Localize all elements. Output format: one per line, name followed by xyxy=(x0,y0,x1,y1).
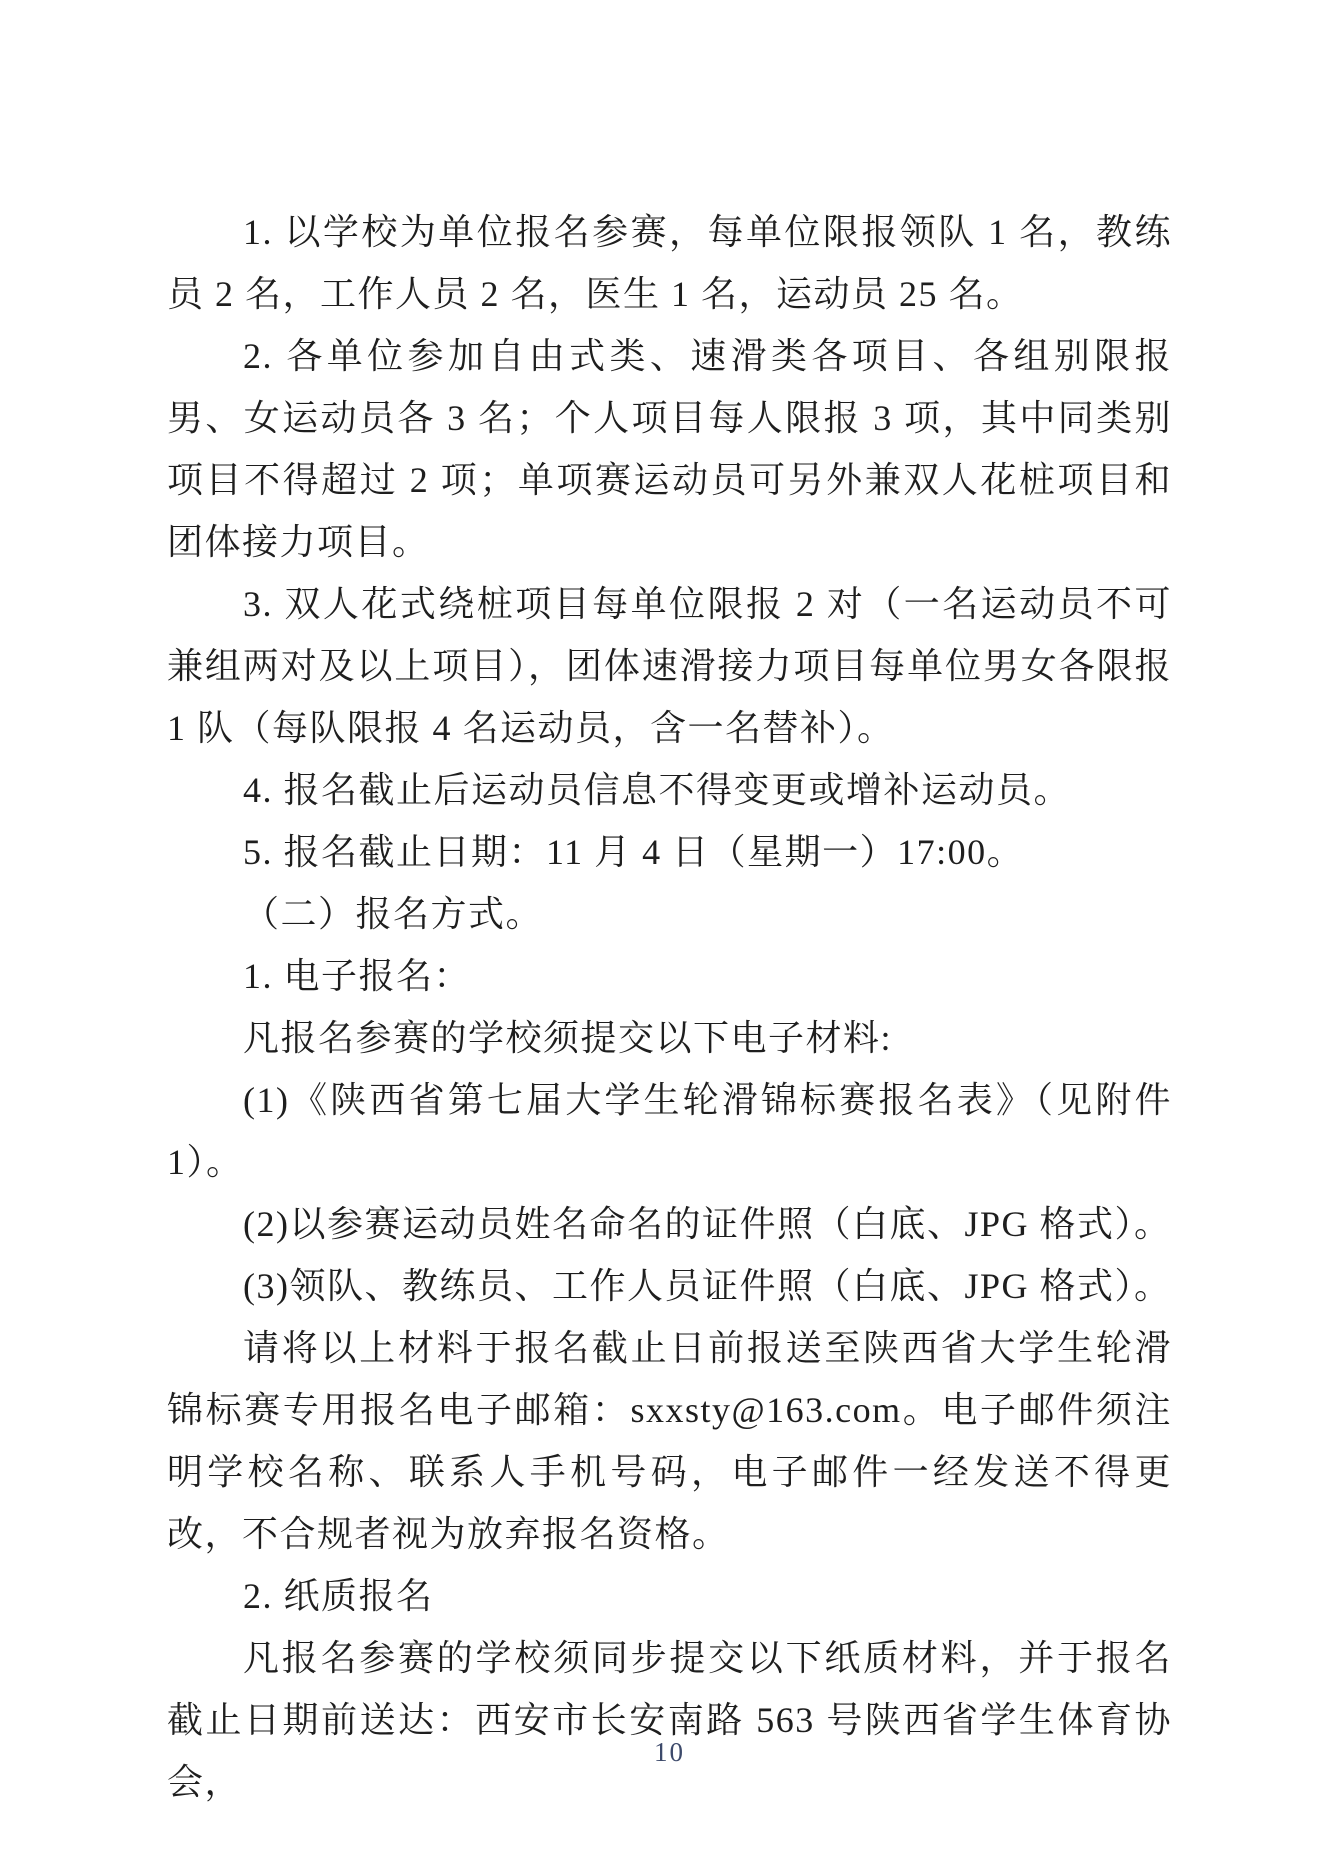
paper-materials-intro: 凡报名参赛的学校须同步提交以下纸质材料，并于报名截止日期前送达：西安市长安南路 … xyxy=(167,1627,1172,1813)
material-item-athlete-photos: (2)以参赛运动员姓名命名的证件照（白底、JPG 格式）。 xyxy=(167,1193,1172,1255)
rule-item-pairs-relay-limit: 3. 双人花式绕桩项目每单位限报 2 对（一名运动员不可兼组两对及以上项目），团… xyxy=(167,573,1172,759)
document-body: 1. 以学校为单位报名参赛，每单位限报领队 1 名，教练员 2 名，工作人员 2… xyxy=(167,201,1172,1813)
material-item-entry-form: (1)《陕西省第七届大学生轮滑锦标赛报名表》（见附件 1）。 xyxy=(167,1069,1172,1193)
rule-item-team-quota: 1. 以学校为单位报名参赛，每单位限报领队 1 名，教练员 2 名，工作人员 2… xyxy=(167,201,1172,325)
material-item-staff-photos: (3)领队、教练员、工作人员证件照（白底、JPG 格式）。 xyxy=(167,1255,1172,1317)
rule-item-deadline: 5. 报名截止日期：11 月 4 日（星期一）17:00。 xyxy=(167,821,1172,883)
email-submission-instructions: 请将以上材料于报名截止日前报送至陕西省大学生轮滑锦标赛专用报名电子邮箱：sxxs… xyxy=(167,1317,1172,1565)
document-page: 1. 以学校为单位报名参赛，每单位限报领队 1 名，教练员 2 名，工作人员 2… xyxy=(0,0,1322,1870)
subsection-electronic-registration: 1. 电子报名： xyxy=(167,945,1172,1007)
page-number: 10 xyxy=(167,1736,1172,1768)
electronic-materials-intro: 凡报名参赛的学校须提交以下电子材料: xyxy=(167,1007,1172,1069)
rule-item-event-limits: 2. 各单位参加自由式类、速滑类各项目、各组别限报男、女运动员各 3 名；个人项… xyxy=(167,325,1172,573)
rule-item-no-changes: 4. 报名截止后运动员信息不得变更或增补运动员。 xyxy=(167,759,1172,821)
subsection-paper-registration: 2. 纸质报名 xyxy=(167,1565,1172,1627)
section-heading-registration-method: （二）报名方式。 xyxy=(167,883,1172,945)
